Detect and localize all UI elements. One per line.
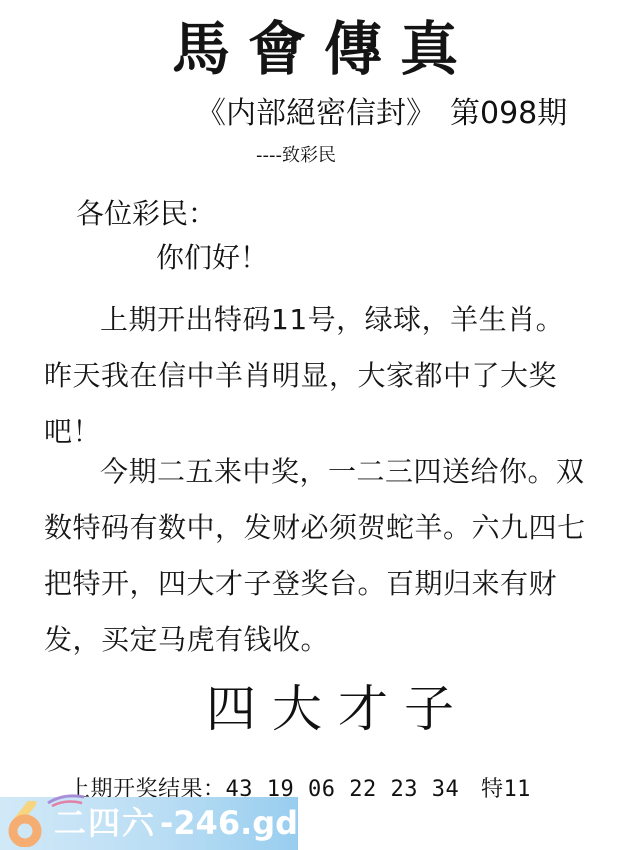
subtitle: 《内部絕密信封》第098期 <box>196 94 567 134</box>
six-logo-icon <box>6 801 44 847</box>
subtitle-text: 《内部絕密信封》 <box>196 96 436 131</box>
page-title: 馬會傳真 <box>172 14 476 84</box>
greeting-salutation: 各位彩民： <box>76 192 216 236</box>
dedication: ----致彩民 <box>256 144 336 168</box>
greeting-hello: 你们好！ <box>156 236 268 280</box>
watermark-brand-cn: 二四六 <box>54 803 156 843</box>
watermark-brand-url: -246.gd <box>160 803 298 843</box>
headline-four-talents: 四大才子 <box>206 676 470 742</box>
paragraph-prediction-poem: 今期二五来中奖，一二三四送给你。双数特码有数中，发财必须贺蛇羊。六九四七把特开，… <box>44 444 589 668</box>
paragraph-previous-result: 上期开出特码11号，绿球，羊生肖。昨天我在信中羊肖明显，大家都中了大奖吧！ <box>44 292 589 460</box>
results-special: 特11 <box>481 777 531 802</box>
issue-number: 第098期 <box>450 96 567 131</box>
watermark-banner: 二四六 -246.gd <box>0 797 298 850</box>
